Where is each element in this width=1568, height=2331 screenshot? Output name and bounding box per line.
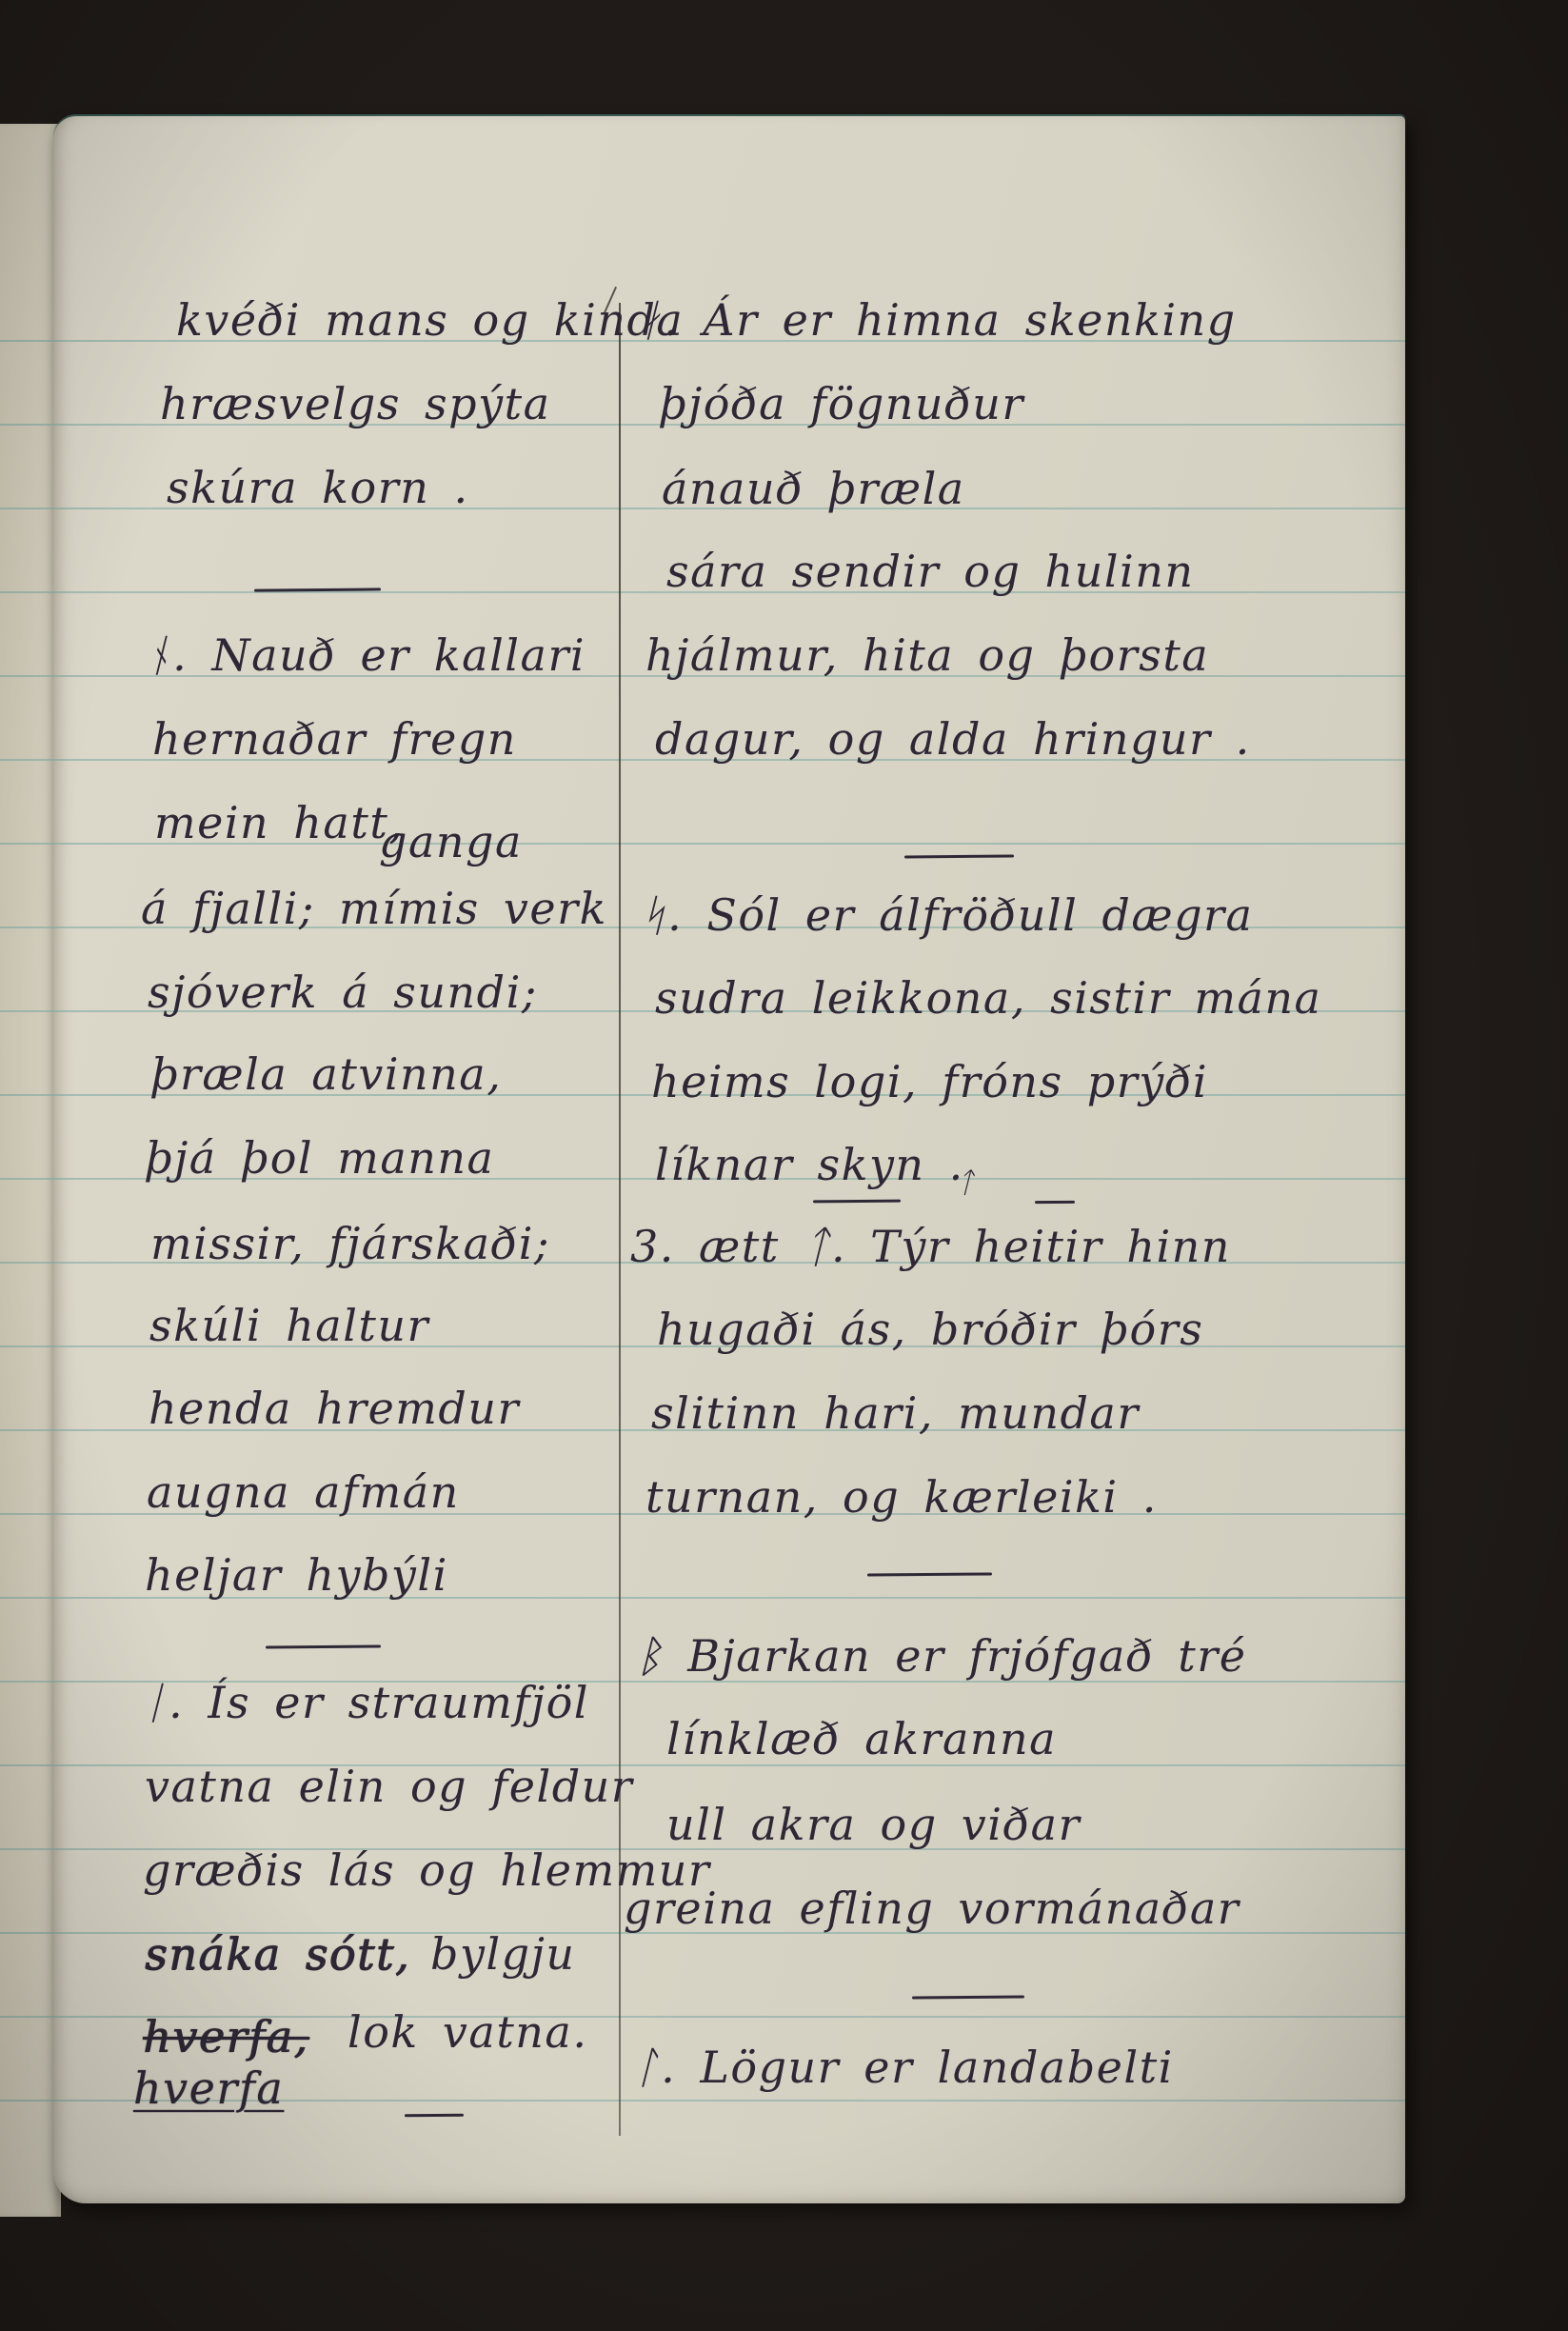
handwriting-line: ánauð þræla: [662, 460, 965, 517]
handwriting-line: hugaði ás, bróðir þórs: [657, 1301, 1203, 1358]
manuscript-photo: kvéði mans og kindahræsvelgs spýtaskúra …: [0, 0, 1568, 2331]
handwriting-line: slitinn hari, mundar: [651, 1385, 1140, 1442]
handwriting-line: líknar skyn .: [655, 1136, 964, 1193]
handwriting-line: ᛋ. Sól er álfröðull dægra: [640, 887, 1253, 944]
handwriting-line: augna afmán: [147, 1464, 460, 1521]
verse-divider: [405, 2114, 464, 2118]
handwriting-line: ᛅ. Ár er himna skenking: [636, 291, 1237, 349]
handwriting-line: sudra leikkona, sistir mána: [655, 969, 1321, 1026]
verse-divider: [1035, 1201, 1075, 1204]
handwriting-line: þræla atvinna,: [150, 1046, 502, 1103]
handwriting-line: þjóða fögnuður: [659, 375, 1024, 432]
handwriting-line: sára sendir og hulinn: [666, 543, 1194, 600]
handwriting-line: heljar hybýli: [145, 1546, 448, 1604]
underlying-page-edge: [0, 124, 61, 2217]
handwriting-line: hverfa: [133, 2060, 284, 2117]
handwriting-line: hverfa,: [143, 2008, 308, 2065]
handwriting-line: línklæð akranna: [666, 1710, 1057, 1767]
handwriting-line: snáka sótt,: [145, 1925, 410, 1982]
handwriting-line: ᛒ Bjarkan er frjófgað tré: [636, 1627, 1246, 1684]
handwriting-line: bylgju: [430, 1925, 575, 1982]
handwriting-line: ull akra og viðar: [666, 1796, 1081, 1853]
handwriting-line: ᚾ. Nauð er kallari: [145, 627, 586, 684]
handwriting-line: ganga: [379, 813, 523, 870]
handwriting-line: missir, fjárskaði;: [150, 1215, 550, 1272]
handwriting-line: sjóverk á sundi;: [148, 964, 538, 1021]
handwriting-line: mein hatt,: [154, 794, 404, 851]
inserted-rune-mark: ᛏ: [957, 1167, 974, 1200]
handwriting-line: heims logi, fróns prýði: [651, 1053, 1208, 1110]
handwriting-line: ᛁ. Ís er straumfjöl: [141, 1674, 589, 1731]
handwriting-line: turnan, og kærleiki .: [645, 1468, 1158, 1525]
handwriting-line: hræsvelgs spýta: [160, 375, 551, 432]
handwriting-line: þjá þol manna: [145, 1129, 494, 1186]
handwriting-line: hjálmur, hita og þorsta: [645, 627, 1209, 684]
handwriting-line: henda hremdur: [149, 1380, 520, 1437]
handwriting-line: hernaðar fregn: [152, 710, 517, 767]
handwriting-line: kvéði mans og kinda: [176, 291, 684, 349]
handwriting-line: vatna elin og feldur: [145, 1758, 633, 1815]
handwriting-line: greina efling vormánaðar: [624, 1880, 1240, 1937]
handwriting-line: ᛚ. Lögur er landabelti: [633, 2039, 1174, 2096]
handwriting-line: lok vatna.: [347, 2003, 587, 2061]
handwriting-line: 3. ætt ᛏ. Týr heitir hinn: [630, 1218, 1231, 1275]
handwriting-line: dagur, og alda hringur .: [655, 710, 1251, 767]
handwriting-line: skúli haltur: [149, 1297, 429, 1354]
handwriting-line: á fjalli; mímis verk: [141, 880, 607, 937]
handwriting-line: skúra korn .: [167, 459, 469, 516]
